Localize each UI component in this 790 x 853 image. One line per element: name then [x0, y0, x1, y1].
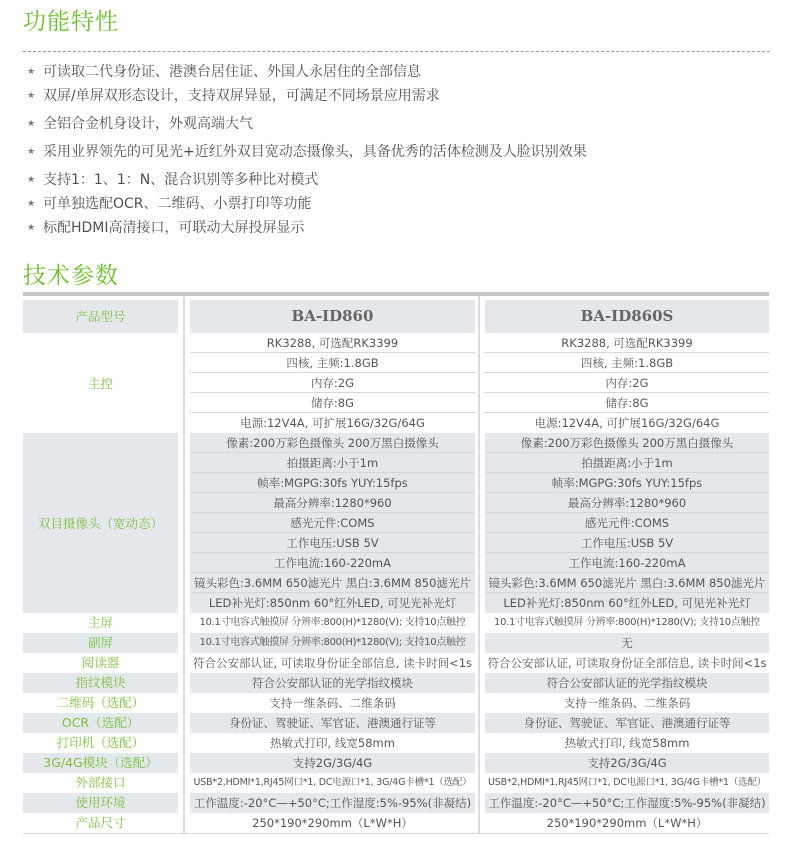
spec-label: 指纹模块 [23, 673, 178, 693]
spec-value: 工作电压:USB 5V [190, 533, 475, 553]
table-row: 3G/4G模块（选配） 支持2G/3G/4G 支持2G/3G/4G [23, 753, 769, 773]
spec-value: 工作温度:-20°C—+50°C;工作湿度:5%-95%(非凝结) [190, 793, 475, 813]
spec-label: OCR（选配） [23, 713, 178, 733]
spec-label: 3G/4G模块（选配） [23, 753, 178, 773]
star-icon: ★ [23, 140, 43, 164]
table-row: 指纹模块 符合公安部认证的光学指纹模块 符合公安部认证的光学指纹模块 [23, 673, 769, 693]
spec-value: 像素:200万彩色摄像头 200万黑白摄像头 [190, 433, 475, 453]
spec-label: 二维码（选配） [23, 693, 178, 713]
table-top-bar [23, 292, 769, 296]
table-row: 电源:12V4A, 可扩展16G/32G/64G 电源:12V4A, 可扩展16… [23, 413, 769, 433]
feature-item: ★全铝合金机身设计，外观高端大气 [23, 112, 587, 136]
spec-value: 像素:200万彩色摄像头 200万黑白摄像头 [485, 433, 769, 453]
spec-value: 感光元件:COMS [190, 513, 475, 533]
spec-value: 帧率:MGPG:30fs YUY:15fps [485, 473, 769, 493]
star-icon: ★ [23, 112, 43, 136]
table-row: RK3288, 可选配RK3399 RK3288, 可选配RK3399 [23, 333, 769, 353]
table-row: 拍摄距离:小于1m 拍摄距离:小于1m [23, 453, 769, 473]
specs-title: 技术参数 [23, 261, 119, 291]
spec-value: 10.1寸电容式触摸屏 分辨率:800(H)*1280(V); 支持10点触控 [190, 613, 475, 633]
spec-value: 身份证、驾驶证、军官证、港澳通行证等 [485, 713, 769, 733]
features-title: 功能特性 [23, 7, 119, 37]
spec-label: 外部接口 [23, 773, 178, 793]
spec-value: 符合公安部认证的光学指纹模块 [485, 673, 769, 693]
model-name: BA-ID860 [190, 300, 475, 333]
feature-item: ★标配HDMI高清接口，可联动大屏投屏显示 [23, 216, 587, 240]
table-row: 最高分辨率:1280*960 最高分辨率:1280*960 [23, 493, 769, 513]
table-row: 产品尺寸 250*190*290mm（L*W*H） 250*190*290mm（… [23, 813, 769, 833]
spec-value: 工作电流:160-220mA [190, 553, 475, 573]
table-bottom-border [23, 833, 769, 834]
table-row: 主屏 10.1寸电容式触摸屏 分辨率:800(H)*1280(V); 支持10点… [23, 613, 769, 633]
table-row: 外部接口 USB*2,HDMI*1,RJ45网口*1, DC电源口*1, 3G/… [23, 773, 769, 793]
spec-value: 支持一维条码、二维条码 [485, 693, 769, 713]
feature-item: ★双屏/单屏双形态设计，支持双屏异显，可满足不同场景应用需求 [23, 84, 587, 108]
star-icon: ★ [23, 84, 43, 108]
feature-item: ★支持1：1、1：N、混合识别等多种比对模式 [23, 168, 587, 192]
table-row: 副屏 10.1寸电容式触摸屏 分辨率:800(H)*1280(V); 支持10点… [23, 633, 769, 653]
spec-value: 工作电流:160-220mA [485, 553, 769, 573]
spec-value: USB*2,HDMI*1,RJ45网口*1, DC电源口*1, 3G/4G卡槽*… [485, 773, 769, 793]
spec-value: 支持2G/3G/4G [190, 753, 475, 773]
feature-list: ★可读取二代身份证、港澳台居住证、外国人永居住的全部信息 ★双屏/单屏双形态设计… [23, 60, 587, 240]
spec-value: 10.1寸电容式触摸屏 分辨率:800(H)*1280(V); 支持10点触控 [190, 633, 475, 653]
table-row: 打印机（选配） 热敏式打印, 线宽58mm 热敏式打印, 线宽58mm [23, 733, 769, 753]
spec-value: 250*190*290mm（L*W*H） [485, 813, 769, 833]
star-icon: ★ [23, 192, 43, 216]
spec-value: 支持2G/3G/4G [485, 753, 769, 773]
spec-label: 副屏 [23, 633, 178, 653]
table-header-row: 产品型号 BA-ID860 BA-ID860S [23, 300, 769, 333]
table-row: 帧率:MGPG:30fs YUY:15fps 帧率:MGPG:30fs YUY:… [23, 473, 769, 493]
table-row: 感光元件:COMS 感光元件:COMS [23, 513, 769, 533]
spec-value: 四核, 主频:1.8GB [190, 353, 475, 373]
spec-value: 镜头彩色:3.6MM 650滤光片 黑白:3.6MM 850滤光片 [485, 573, 769, 593]
spec-value: 电源:12V4A, 可扩展16G/32G/64G [190, 413, 475, 433]
table-row: 像素:200万彩色摄像头 200万黑白摄像头 像素:200万彩色摄像头 200万… [23, 433, 769, 453]
feature-item: ★可单独选配OCR、二维码、小票打印等功能 [23, 192, 587, 216]
table-row: 内存:2G 内存:2G [23, 373, 769, 393]
spec-value: RK3288, 可选配RK3399 [190, 333, 475, 353]
spec-value: 最高分辨率:1280*960 [190, 493, 475, 513]
spec-value: 四核, 主频:1.8GB [485, 353, 769, 373]
spec-value: 内存:2G [190, 373, 475, 393]
spec-value: LED补光灯:850nm 60°红外LED, 可见光补光灯 [485, 593, 769, 613]
header-label: 产品型号 [23, 300, 178, 333]
spec-value: RK3288, 可选配RK3399 [485, 333, 769, 353]
spec-label: 使用环境 [23, 793, 178, 813]
spec-value: 帧率:MGPG:30fs YUY:15fps [190, 473, 475, 493]
table-row: LED补光灯:850nm 60°红外LED, 可见光补光灯 LED补光灯:850… [23, 593, 769, 613]
spec-label: 阅读器 [23, 653, 178, 673]
spec-value: 热敏式打印, 线宽58mm [190, 733, 475, 753]
spec-value: 镜头彩色:3.6MM 650滤光片 黑白:3.6MM 850滤光片 [190, 573, 475, 593]
spec-value: 储存:8G [485, 393, 769, 413]
spec-value: 符合公安部认证, 可读取身份证全部信息, 读卡时间<1s [190, 653, 475, 673]
spec-value: 符合公安部认证, 可读取身份证全部信息, 读卡时间<1s [485, 653, 769, 673]
spec-value: 工作温度:-20°C—+50°C;工作湿度:5%-95%(非凝结) [485, 793, 769, 813]
spec-value: 热敏式打印, 线宽58mm [485, 733, 769, 753]
spec-value: USB*2,HDMI*1,RJ45网口*1, DC电源口*1, 3G/4G卡槽*… [190, 773, 475, 793]
table-row: 阅读器 符合公安部认证, 可读取身份证全部信息, 读卡时间<1s 符合公安部认证… [23, 653, 769, 673]
table-row: 镜头彩色:3.6MM 650滤光片 黑白:3.6MM 850滤光片 镜头彩色:3… [23, 573, 769, 593]
spec-label: 打印机（选配） [23, 733, 178, 753]
spec-value: 最高分辨率:1280*960 [485, 493, 769, 513]
table-row: 工作电压:USB 5V 工作电压:USB 5V [23, 533, 769, 553]
spec-value: 无 [485, 633, 769, 653]
star-icon: ★ [23, 216, 43, 240]
model-name: BA-ID860S [485, 300, 769, 333]
spec-value: 250*190*290mm（L*W*H） [190, 813, 475, 833]
feature-item: ★采用业界领先的可见光+近红外双目宽动态摄像头，具备优秀的活体检测及人脸识别效果 [23, 140, 587, 164]
spec-value: LED补光灯:850nm 60°红外LED, 可见光补光灯 [190, 593, 475, 613]
spec-value: 身份证、驾驶证、军官证、港澳通行证等 [190, 713, 475, 733]
table-row: 四核, 主频:1.8GB 四核, 主频:1.8GB [23, 353, 769, 373]
spec-value: 10.1寸电容式触摸屏 分辨率:800(H)*1280(V); 支持10点触控 [485, 613, 769, 633]
spec-value: 工作电压:USB 5V [485, 533, 769, 553]
table-row: 工作电流:160-220mA 工作电流:160-220mA [23, 553, 769, 573]
table-row: OCR（选配） 身份证、驾驶证、军官证、港澳通行证等 身份证、驾驶证、军官证、港… [23, 713, 769, 733]
spec-value: 感光元件:COMS [485, 513, 769, 533]
table-row: 二维码（选配） 支持一维条码、二维条码 支持一维条码、二维条码 [23, 693, 769, 713]
spec-value: 符合公安部认证的光学指纹模块 [190, 673, 475, 693]
spec-value: 支持一维条码、二维条码 [190, 693, 475, 713]
dashed-divider [380, 51, 770, 52]
spec-value: 内存:2G [485, 373, 769, 393]
spec-value: 拍摄距离:小于1m [485, 453, 769, 473]
dashed-divider [23, 51, 380, 52]
spec-value: 拍摄距离:小于1m [190, 453, 475, 473]
spec-table: 产品型号 BA-ID860 BA-ID860S 主控 RK3288, 可选配RK… [23, 292, 769, 296]
feature-item: ★可读取二代身份证、港澳台居住证、外国人永居住的全部信息 [23, 60, 587, 84]
spec-value: 电源:12V4A, 可扩展16G/32G/64G [485, 413, 769, 433]
spec-label: 产品尺寸 [23, 813, 178, 833]
spec-label: 主屏 [23, 613, 178, 633]
table-row: 储存:8G 储存:8G [23, 393, 769, 413]
spec-value: 储存:8G [190, 393, 475, 413]
star-icon: ★ [23, 168, 43, 192]
star-icon: ★ [23, 60, 43, 84]
table-row: 使用环境 工作温度:-20°C—+50°C;工作湿度:5%-95%(非凝结) 工… [23, 793, 769, 813]
